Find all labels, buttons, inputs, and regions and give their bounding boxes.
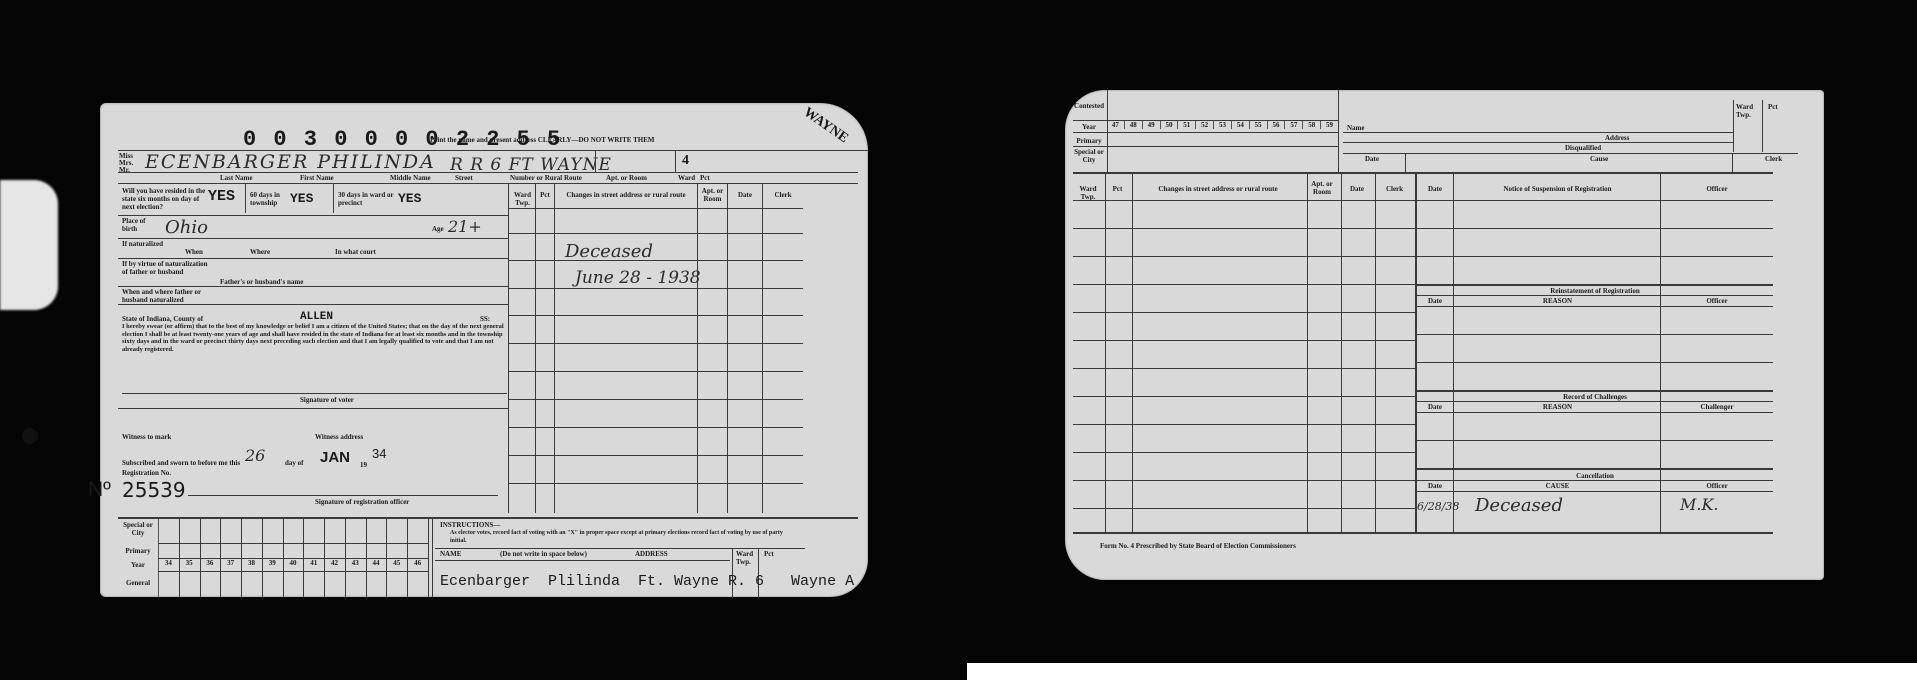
index-typed-entry: Ecenbarger Plilinda Ft. Wayne R. 6 Wayne… [440, 573, 854, 590]
day-of-label: day of [285, 459, 303, 467]
year-cell: 58 [1303, 121, 1321, 129]
punch-hole [22, 428, 38, 444]
back-card: Contested Year Primary Special or City 4… [1065, 90, 1824, 580]
year-cell: 55 [1250, 121, 1268, 129]
cancellation-date-header: Date [1417, 482, 1453, 490]
form-footer: Form No. 4 Prescribed by State Board of … [1100, 542, 1296, 550]
index-do-not-write: (Do not write in space below) [500, 550, 587, 558]
row-primary: Primary [1073, 137, 1105, 145]
place-of-birth-value: Ohio [165, 217, 208, 238]
row-special-city: Special or City [118, 521, 158, 537]
col-date: Date [728, 191, 762, 199]
label-apt-room: Apt. or Room [606, 174, 647, 182]
ward-answer: YES [398, 191, 421, 206]
row-year: Year [118, 561, 158, 569]
cancellation-officer: M.K. [1680, 495, 1719, 514]
naturalized-court: In what court [335, 248, 376, 256]
label-address: Address [1605, 134, 1629, 142]
year-cell: 45 [386, 559, 407, 567]
back-year-row: 47 48 49 50 51 52 53 54 55 56 57 58 59 [1107, 121, 1338, 129]
label-pct: Pct [1768, 103, 1778, 111]
year-cell: 49 [1143, 121, 1161, 129]
witness-address-label: Witness address [315, 433, 363, 441]
col-pct: Pct [536, 191, 554, 199]
cancellation-officer-header: Officer [1662, 482, 1772, 490]
year-cell: 37 [220, 559, 241, 567]
reinstatement-date-header: Date [1417, 297, 1453, 305]
age-value: 21+ [448, 217, 482, 236]
ward-stamp: 4 [682, 153, 689, 169]
label-cause: Cause [1590, 155, 1608, 163]
row-contested: Contested [1073, 102, 1105, 110]
suspension-notice-header: Notice of Suspension of Registration [1455, 185, 1660, 193]
challenges-reason-header: REASON [1455, 403, 1660, 411]
row-general: General [118, 579, 158, 587]
suspension-officer-header: Officer [1662, 185, 1772, 193]
suspension-date-header: Date [1417, 185, 1453, 193]
township-label: 60 days in township [250, 191, 290, 207]
naturalized-where: Where [250, 248, 270, 256]
year-cell: 39 [262, 559, 283, 567]
front-card: 0 0 3 0 0 0 0 2 2 5 5 Print the name and… [100, 103, 868, 597]
witness-mark-label: Witness to mark [122, 433, 171, 441]
county-stamp: WAYNE [800, 105, 851, 147]
cancellation-date: 6/28/38 [1417, 500, 1459, 513]
label-first-name: First Name [300, 174, 334, 182]
subscribed-day: 26 [245, 446, 265, 465]
year-cell: 43 [345, 559, 366, 567]
year-cell: 36 [200, 559, 221, 567]
change-note-date: June 28 - 1938 [575, 268, 701, 288]
residency-answer: YES [208, 188, 235, 205]
cancellation-cause: Deceased [1475, 495, 1563, 516]
voter-name: ECENBARGER PHILINDA [145, 151, 436, 173]
year-prefix: 19 [360, 461, 367, 469]
index-pct: Pct [764, 550, 774, 558]
cancellation-cause-header: CAUSE [1455, 482, 1660, 490]
challenges-date-header: Date [1417, 403, 1453, 411]
front-year-row: 34 35 36 37 38 39 40 41 42 43 44 45 46 [158, 559, 428, 567]
year-cell: 56 [1268, 121, 1286, 129]
label-street: Street [455, 174, 473, 182]
residency-question: Will you have resided in the state six m… [122, 187, 207, 211]
label-date: Date [1365, 155, 1379, 163]
year-cell: 52 [1196, 121, 1214, 129]
col-clerk: Clerk [763, 191, 803, 199]
row-primary: Primary [118, 547, 158, 555]
year-cell: 50 [1161, 121, 1179, 129]
subscribed-label: Subscribed and sworn to before me this [122, 459, 240, 467]
ward-label: 30 days in ward or precinct [338, 191, 398, 207]
adjacent-card-fragment [0, 180, 58, 310]
oath-text: I hereby swear (or affirm) that to the b… [122, 323, 507, 353]
signature-voter-label: Signature of voter [300, 396, 354, 404]
year-cell: 54 [1232, 121, 1250, 129]
year-cell: 53 [1214, 121, 1232, 129]
reinstatement-title: Reinstatement of Registration [1417, 287, 1773, 295]
year-cell: 35 [179, 559, 200, 567]
year-cell: 34 [158, 559, 179, 567]
year-cell: 59 [1321, 121, 1338, 129]
label-last-name: Last Name [220, 174, 252, 182]
year-cell: 46 [407, 559, 428, 567]
label-name: Name [1347, 124, 1365, 132]
registration-no-prefix: Nº [88, 478, 111, 502]
label-number-route: Number or Rural Route [510, 174, 582, 182]
oath-heading: State of Indiana, County of [122, 315, 203, 323]
county-value: ALLEN [300, 311, 333, 323]
label-clerk: Clerk [1765, 155, 1782, 163]
label-middle-name: Middle Name [390, 174, 431, 182]
signature-officer-label: Signature of registration officer [315, 498, 409, 506]
col-pct: Pct [1105, 185, 1130, 193]
reinstatement-officer-header: Officer [1662, 297, 1772, 305]
year-cell: 57 [1285, 121, 1303, 129]
white-strip [967, 663, 1917, 680]
registration-no: 25539 [122, 478, 186, 502]
label-ward: Ward [678, 174, 695, 182]
index-ward-twp: Ward Twp. [736, 550, 756, 566]
row-year: Year [1073, 123, 1105, 131]
registration-no-label: Registration No. [122, 469, 171, 477]
subscribed-month: JAN [320, 449, 350, 466]
index-name-label: NAME [440, 550, 461, 558]
instructions-text: As elector votes, record fact of voting … [450, 529, 800, 545]
father-name-label: Father's or husband's name [220, 278, 303, 286]
instructions-heading: INSTRUCTIONS— [440, 521, 500, 529]
father-naturalization-label: If by virtue of naturalization of father… [122, 260, 212, 276]
challenges-challenger-header: Challenger [1662, 403, 1772, 411]
col-ward-twp: Ward Twp. [1073, 185, 1103, 201]
reinstatement-reason-header: REASON [1455, 297, 1660, 305]
label-pct: Pct [700, 174, 710, 182]
year-cell: 44 [366, 559, 387, 567]
oath-ss: SS: [480, 315, 490, 323]
col-changes: Changes in street address or rural route [1133, 185, 1303, 193]
label-disqualified: Disqualified [1565, 144, 1601, 152]
naturalized-when: When [185, 248, 203, 256]
place-of-birth-label: Place of birth [122, 217, 162, 233]
year-cell: 40 [283, 559, 304, 567]
col-changes: Changes in street address or rural route [556, 191, 696, 199]
index-address-label: ADDRESS [635, 550, 668, 558]
cancellation-title: Cancellation [1417, 472, 1773, 480]
col-ward-twp: Ward Twp. [510, 191, 535, 207]
year-cell: 48 [1125, 121, 1143, 129]
col-apt-room: Apt. or Room [1307, 180, 1337, 196]
year-cell: 38 [241, 559, 262, 567]
subscribed-year: 34 [372, 446, 386, 461]
row-special-city: Special or City [1073, 148, 1105, 164]
change-note-deceased: Deceased [565, 241, 653, 262]
year-cell: 51 [1178, 121, 1196, 129]
year-cell: 42 [324, 559, 345, 567]
header-instruction: Print the name and present address CLEAR… [430, 136, 660, 144]
father-when-where-label: When and where father or husband natural… [122, 288, 222, 304]
challenges-title: Record of Challenges [1417, 393, 1773, 401]
col-date: Date [1342, 185, 1372, 193]
col-apt-room: Apt. or Room [698, 187, 727, 203]
year-cell: 47 [1107, 121, 1125, 129]
label-ward-twp: Ward Twp. [1736, 103, 1758, 119]
naturalized-label: If naturalized [122, 240, 172, 248]
col-clerk: Clerk [1377, 185, 1412, 193]
township-answer: YES [290, 191, 313, 206]
age-label: Age [432, 225, 444, 233]
year-cell: 41 [303, 559, 324, 567]
